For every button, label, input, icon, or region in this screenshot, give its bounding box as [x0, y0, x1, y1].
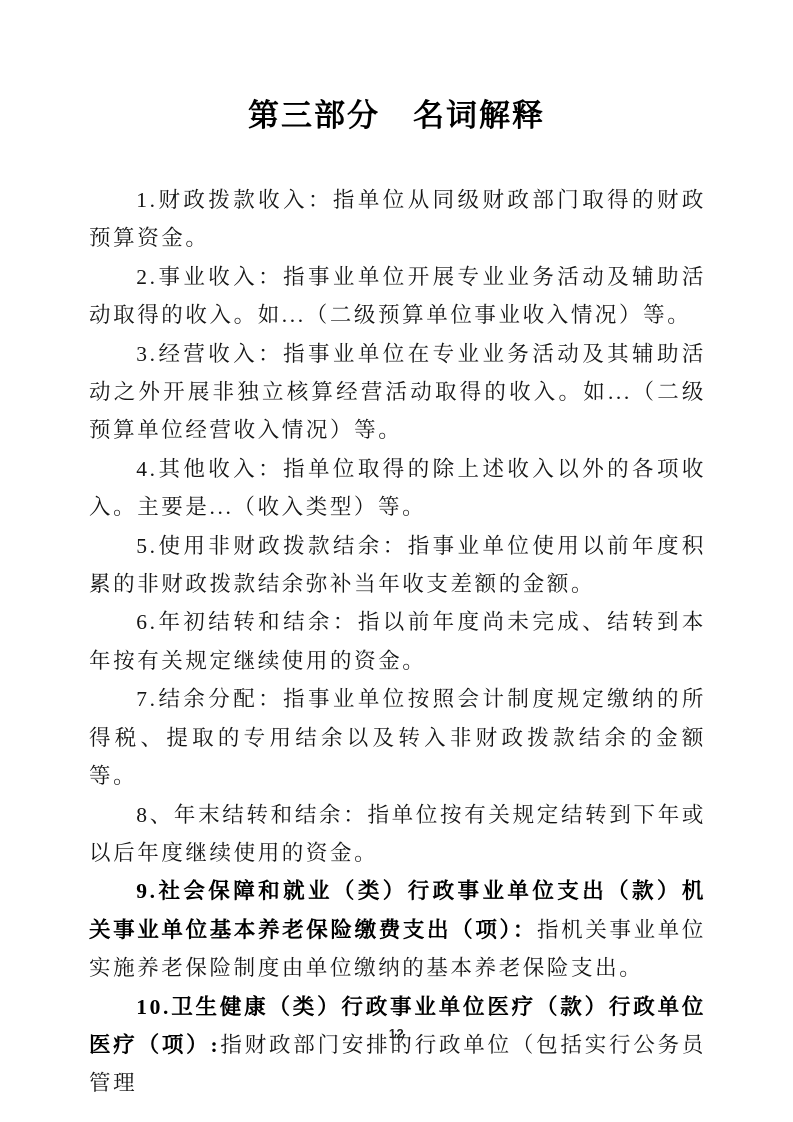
definition-paragraph-10: 10.卫生健康（类）行政事业单位医疗（款）行政单位医疗（项）:指财政部门安排的行… [89, 988, 706, 1103]
definition-paragraph-6: 6.年初结转和结余：指以前年度尚未完成、结转到本年按有关规定继续使用的资金。 [89, 603, 706, 680]
term-text: 3.经营收入：指事业单位在专业业务活动及其辅助活动之外开展非独立核算经营活动取得… [89, 342, 706, 443]
page-title: 第三部分 名词解释 [0, 0, 793, 137]
term-text: 7.结余分配：指事业单位按照会计制度规定缴纳的所得税、提取的专用结余以及转入非财… [89, 687, 706, 788]
page-number: 12 [0, 1026, 793, 1041]
term-text: 6.年初结转和结余：指以前年度尚未完成、结转到本年按有关规定继续使用的资金。 [89, 610, 706, 672]
definition-paragraph-9: 9.社会保障和就业（类）行政事业单位支出（款）机关事业单位基本养老保险缴费支出（… [89, 872, 706, 987]
term-text: 4.其他收入：指单位取得的除上述收入以外的各项收入。主要是...（收入类型）等。 [89, 457, 706, 519]
definition-paragraph-4: 4.其他收入：指单位取得的除上述收入以外的各项收入。主要是...（收入类型）等。 [89, 450, 706, 527]
definition-paragraph-3: 3.经营收入：指事业单位在专业业务活动及其辅助活动之外开展非独立核算经营活动取得… [89, 335, 706, 450]
definition-paragraph-8: 8、年末结转和结余：指单位按有关规定结转到下年或以后年度继续使用的资金。 [89, 796, 706, 873]
term-text: 8、年末结转和结余：指单位按有关规定结转到下年或以后年度继续使用的资金。 [89, 803, 706, 865]
definition-paragraph-1: 1.财政拨款收入：指单位从同级财政部门取得的财政预算资金。 [89, 181, 706, 258]
term-text: 1.财政拨款收入：指单位从同级财政部门取得的财政预算资金。 [89, 188, 706, 250]
document-page: 第三部分 名词解释 1.财政拨款收入：指单位从同级财政部门取得的财政预算资金。 … [0, 0, 793, 1122]
term-text: 5.使用非财政拨款结余：指事业单位使用以前年度积累的非财政拨款结余弥补当年收支差… [89, 534, 706, 596]
document-body: 1.财政拨款收入：指单位从同级财政部门取得的财政预算资金。 2.事业收入：指事业… [89, 181, 706, 1103]
term-text: 2.事业收入：指事业单位开展专业业务活动及辅助活动取得的收入。如...（二级预算… [89, 265, 706, 327]
definition-paragraph-2: 2.事业收入：指事业单位开展专业业务活动及辅助活动取得的收入。如...（二级预算… [89, 258, 706, 335]
definition-paragraph-7: 7.结余分配：指事业单位按照会计制度规定缴纳的所得税、提取的专用结余以及转入非财… [89, 680, 706, 795]
definition-paragraph-5: 5.使用非财政拨款结余：指事业单位使用以前年度积累的非财政拨款结余弥补当年收支差… [89, 527, 706, 604]
